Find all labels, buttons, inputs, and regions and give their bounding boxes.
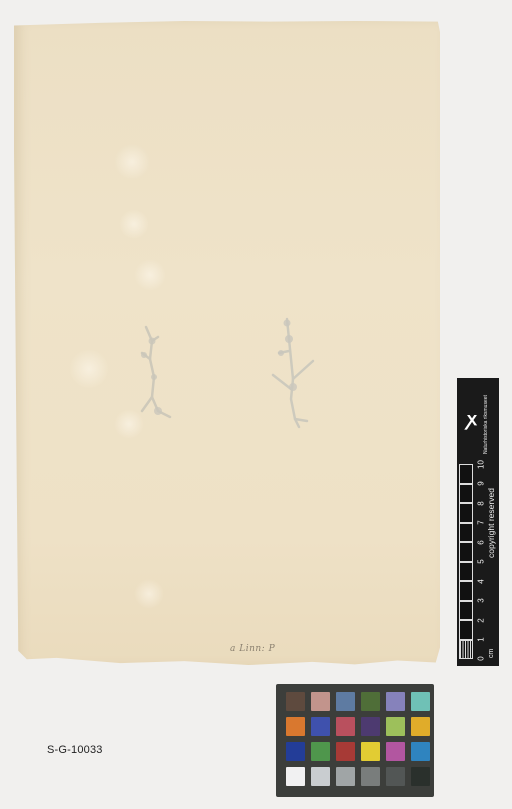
color-patch (386, 717, 405, 736)
color-patch (411, 692, 430, 711)
color-patch (361, 767, 380, 786)
color-patch (411, 767, 430, 786)
plant-show-through-left (134, 319, 194, 429)
color-checker (276, 684, 434, 797)
ruler-tick-10: 10 (477, 460, 486, 470)
color-patch (386, 742, 405, 761)
ruler-tick-6: 6 (477, 538, 486, 548)
color-patch (361, 717, 380, 736)
herbarium-sheet (14, 19, 440, 667)
paper-stain (69, 349, 109, 389)
color-patch (361, 742, 380, 761)
ruler-tick-7: 7 (477, 518, 486, 528)
ruler-tick-9: 9 (477, 479, 486, 489)
color-patch (286, 692, 305, 711)
ruler-tick-2: 2 (477, 616, 486, 626)
color-patch (386, 767, 405, 786)
ruler-tick-0: 0 (477, 654, 486, 664)
collector-inscription: a Linn: P (230, 644, 275, 654)
color-patch (411, 742, 430, 761)
color-patch (386, 692, 405, 711)
paper-stain (119, 209, 149, 239)
scale-ruler: ꭗ Naturhistoriska riksmuseet copyright r… (457, 378, 499, 666)
catalog-number: S-G-10033 (47, 744, 103, 756)
ruler-tick-8: 8 (477, 499, 486, 509)
color-patch (411, 717, 430, 736)
color-patch (286, 767, 305, 786)
paper-stain (134, 579, 164, 609)
color-patch (286, 742, 305, 761)
color-patch (311, 742, 330, 761)
color-patch (286, 717, 305, 736)
color-patch (336, 692, 355, 711)
color-patch (311, 717, 330, 736)
color-patch (336, 717, 355, 736)
ruler-tick-3: 3 (477, 596, 486, 606)
color-patch (311, 767, 330, 786)
paper-stain (134, 259, 166, 291)
ruler-tick-1: 1 (477, 635, 486, 645)
plant-show-through-right (259, 309, 329, 439)
ruler-scale-bars (459, 464, 473, 662)
ruler-tick-5: 5 (477, 557, 486, 567)
color-patch (361, 692, 380, 711)
color-patch (311, 692, 330, 711)
color-patch (336, 742, 355, 761)
paper-stain (114, 144, 150, 180)
museum-logo-icon: ꭗ (462, 408, 482, 430)
ruler-tick-4: 4 (477, 577, 486, 587)
color-patch (336, 767, 355, 786)
ruler-institution-name: Naturhistoriska riksmuseet (483, 386, 497, 454)
ruler-unit: cm (488, 649, 495, 658)
ruler-copyright: copyright reserved (486, 473, 497, 573)
